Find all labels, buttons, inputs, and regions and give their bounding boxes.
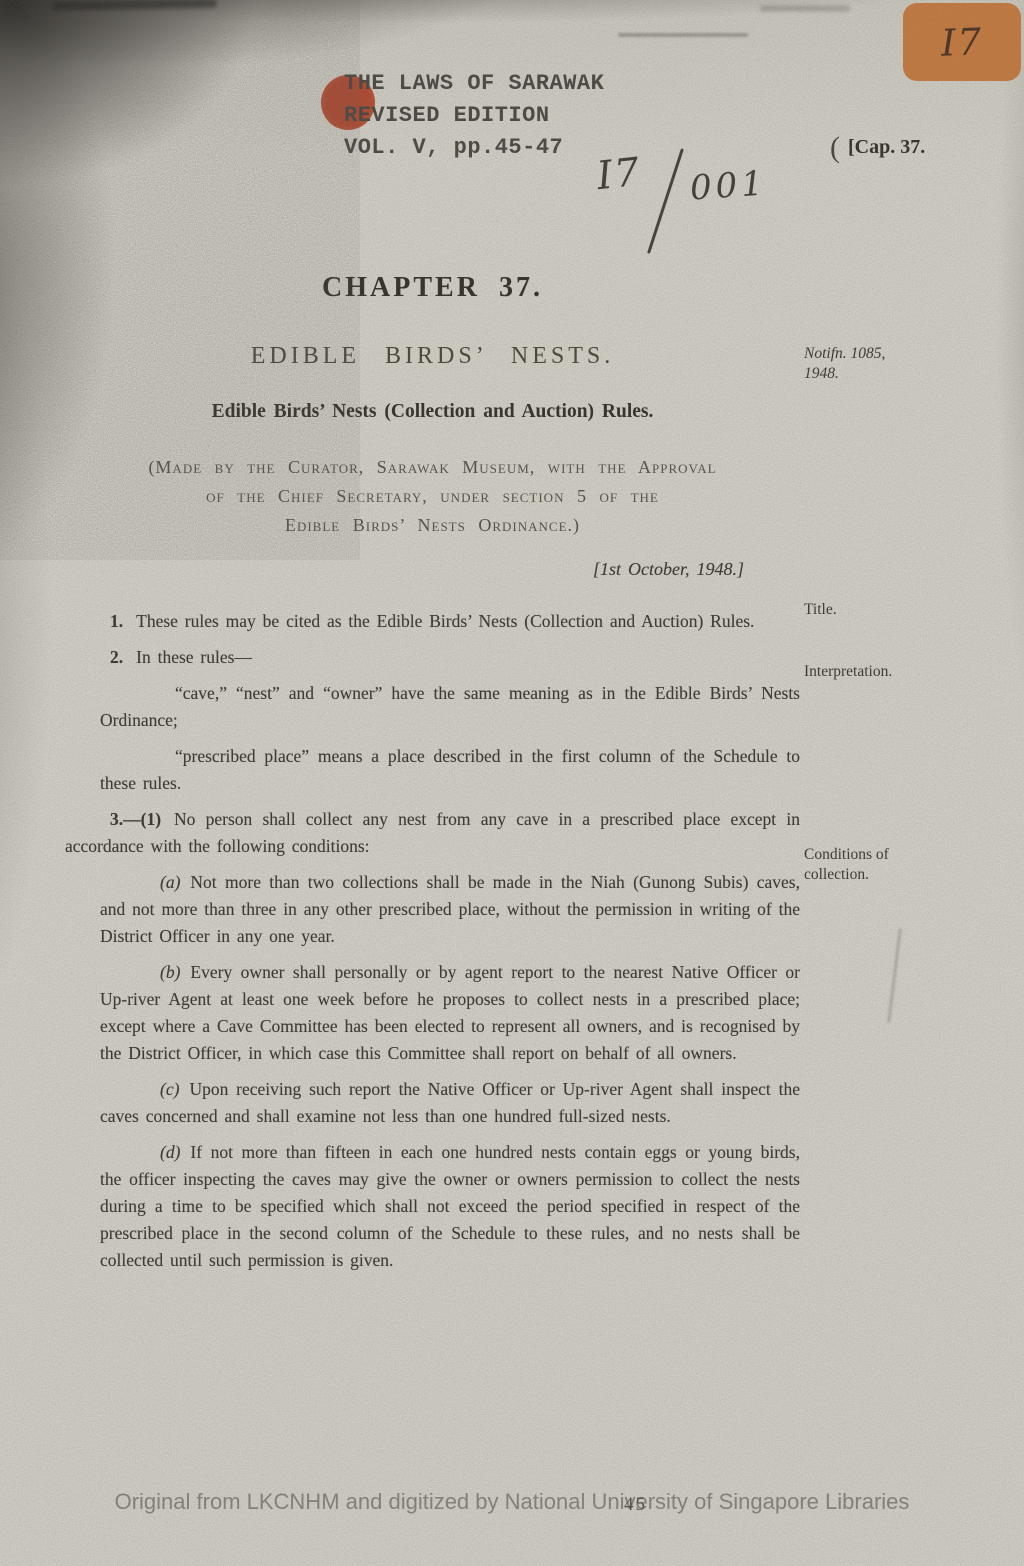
main-title: EDIBLE BIRDS’ NESTS.	[65, 343, 800, 370]
margin-note-notification: Notifn. 1085, 1948.	[804, 344, 934, 384]
margin-note-notification-line2: 1948.	[804, 364, 934, 384]
rule-2-number: 2.	[110, 647, 123, 667]
chapter-heading: CHAPTER 37.	[65, 272, 800, 304]
enacting-clause-line2: of the Chief Secretary, under section 5 …	[65, 482, 800, 511]
handwritten-ref-prefix: I7	[595, 150, 644, 199]
stamp-line-3: VOL. V, pp.45-47	[344, 132, 604, 164]
enacting-clause-line3: Edible Birds’ Nests Ordinance.)	[65, 511, 800, 540]
stray-bracket-mark: (	[830, 131, 840, 164]
clause-c-text: Upon receiving such report the Native Of…	[100, 1079, 800, 1126]
rule-2: 2.In these rules—	[65, 644, 800, 671]
body-text-column: [1st October, 1948.] 1.These rules may b…	[65, 556, 800, 1283]
rule-3: 3.—(1)No person shall collect any nest f…	[65, 806, 800, 860]
clause-c: (c)Upon receiving such report the Native…	[100, 1076, 800, 1130]
rule-3-number: 3.—(1)	[110, 809, 161, 829]
cap-label: [Cap. 37.	[848, 136, 925, 158]
rule-3-text: No person shall collect any nest from an…	[65, 809, 800, 856]
paper-crease-mark	[887, 928, 902, 1023]
definition-cave-nest-owner: “cave,” “nest” and “owner” have the same…	[100, 680, 800, 734]
clause-a-label: (a)	[160, 872, 180, 892]
clause-a-text: Not more than two collections shall be m…	[100, 872, 800, 946]
stamp-line-2: REVISED EDITION	[344, 100, 604, 132]
clause-b-label: (b)	[160, 962, 180, 982]
cap-reference: ([Cap. 37.	[830, 131, 925, 165]
page-number: 45	[624, 1494, 647, 1516]
stamp-line-1: THE LAWS OF SARAWAK	[344, 68, 604, 100]
commencement-date: [1st October, 1948.]	[65, 556, 800, 583]
clause-b-text: Every owner shall personally or by agent…	[100, 962, 800, 1063]
clause-b: (b)Every owner shall personally or by ag…	[100, 959, 800, 1067]
enacting-clause-line1: (Made by the Curator, Sarawak Museum, wi…	[65, 453, 800, 482]
library-stamp-block: THE LAWS OF SARAWAK REVISED EDITION VOL.…	[344, 68, 604, 164]
margin-note-notification-line1: Notifn. 1085,	[804, 344, 934, 364]
enacting-clause: (Made by the Curator, Sarawak Museum, wi…	[65, 453, 800, 540]
top-edge-smudge-2	[618, 33, 748, 37]
margin-note-title: Title.	[804, 600, 934, 620]
top-edge-smudge-1	[52, 0, 217, 10]
orange-index-tab: I7	[903, 3, 1021, 81]
clause-d: (d)If not more than fifteen in each one …	[100, 1139, 800, 1274]
clause-d-label: (d)	[160, 1142, 180, 1162]
digitization-watermark: Original from LKCNHM and digitized by Na…	[0, 1489, 1024, 1515]
clause-a: (a)Not more than two collections shall b…	[100, 869, 800, 950]
margin-note-interpretation: Interpretation.	[804, 662, 934, 682]
clause-d-text: If not more than fifteen in each one hun…	[100, 1142, 800, 1270]
handwritten-slash-mark	[647, 148, 683, 253]
handwritten-ref-suffix: 001	[689, 163, 769, 208]
rule-1-number: 1.	[110, 611, 123, 631]
rules-subtitle: Edible Birds’ Nests (Collection and Auct…	[65, 401, 800, 423]
rule-1: 1.These rules may be cited as the Edible…	[65, 608, 800, 635]
definition-prescribed-place: “prescribed place” means a place describ…	[100, 743, 800, 797]
scanned-document-page: I7 THE LAWS OF SARAWAK REVISED EDITION V…	[0, 0, 1024, 1566]
rule-1-text: These rules may be cited as the Edible B…	[136, 611, 754, 631]
margin-note-conditions: Conditions of collection.	[804, 845, 922, 885]
rule-2-text: In these rules—	[136, 647, 252, 667]
top-edge-smudge-3	[760, 6, 850, 11]
index-tab-label: I7	[940, 20, 984, 64]
clause-c-label: (c)	[160, 1079, 179, 1099]
